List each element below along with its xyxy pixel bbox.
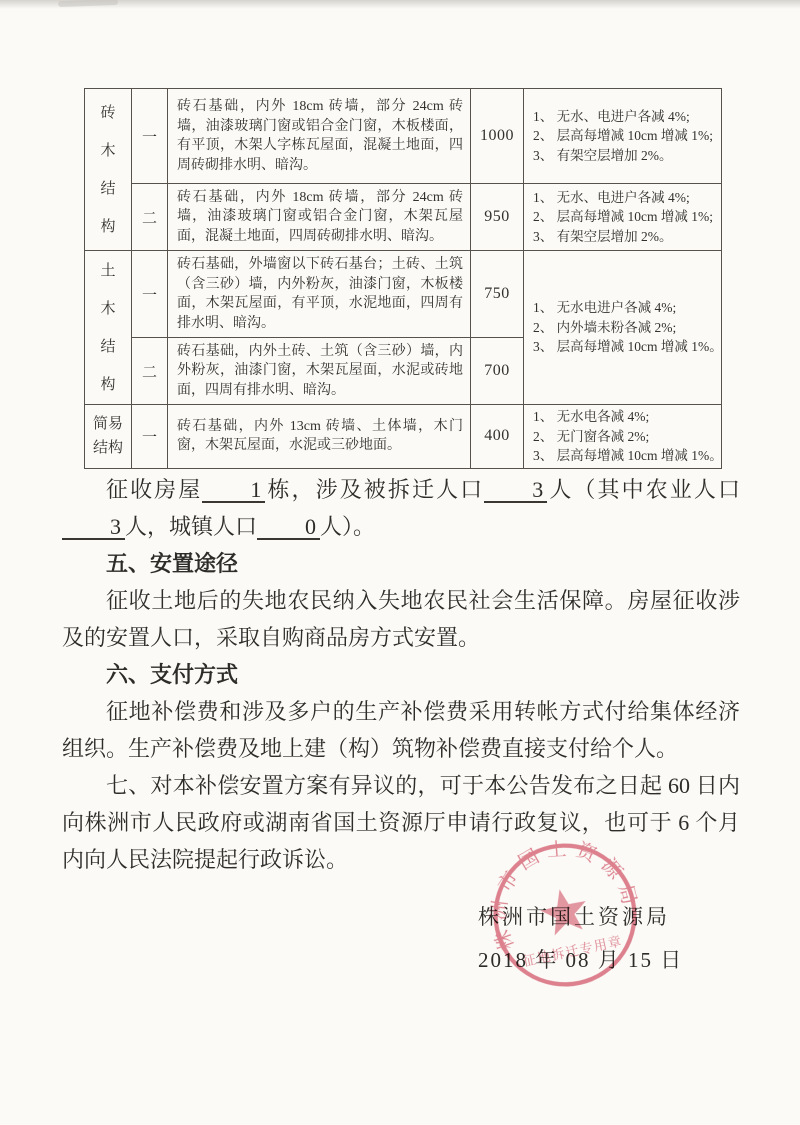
section-7-paragraph: 七、对本补偿安置方案有异议的，可于本公告发布之日起 60 日内向株洲市人民政府或… xyxy=(62,767,740,878)
issue-date: 2018 年 08 月 15 日 xyxy=(478,939,683,982)
census-text: 人）。 xyxy=(320,514,375,539)
section-5-paragraph: 征收土地后的失地农民纳入失地农民社会生活保障。房屋征收涉及的安置人口，采取自购商… xyxy=(62,582,740,656)
issuing-authority: 株洲市国土资源局 xyxy=(478,896,683,939)
note-line: 1、 无水电各减 4%; xyxy=(533,407,719,427)
note-line: 2、 内外墙未粉各减 2%; xyxy=(533,318,719,338)
description-text: 砖石基础，内外 18cm 砖墙，部分 24cm 砖墙，油漆玻璃门窗或铝合金门窗，… xyxy=(168,94,470,178)
note-line: 1、 无水电进户各减 4%; xyxy=(533,298,719,318)
structure-label: 土木结构 xyxy=(100,252,117,404)
agricultural-people-blank: 3 xyxy=(62,515,125,540)
price-cell: 700 xyxy=(471,338,524,405)
description-text: 砖石基础，内外 13cm 砖墙、土体墙，木门窗，木架瓦屋面，水泥或三砂地面。 xyxy=(168,414,470,459)
compensation-table: 砖木结构 一 砖石基础，内外 18cm 砖墙，部分 24cm 砖墙，油漆玻璃门窗… xyxy=(84,88,722,469)
note-line: 2、 无门窗各减 2%; xyxy=(533,427,719,447)
urban-people-blank: 0 xyxy=(257,515,320,540)
structure-label: 砖木结构 xyxy=(100,94,117,246)
notes-cell: 1、 无水、电进户各减 4%; 2、 层高每增减 10cm 增减 1%; 3、 … xyxy=(524,184,722,251)
census-text: 征收房屋 xyxy=(106,477,202,502)
section-5-heading: 五、安置途径 xyxy=(62,545,740,582)
grade-cell: 一 xyxy=(132,89,168,184)
description-cell: 砖石基础，外墙窗以下砖石基台；土砖、土筑（含三砂）墙，内外粉灰，油漆门窗，木板楼… xyxy=(168,251,471,338)
structure-cell-simple: 简易结构 xyxy=(85,405,132,469)
grade-cell: 二 xyxy=(132,338,168,405)
note-line: 1、 无水、电进户各减 4%; xyxy=(533,107,719,127)
price-cell: 400 xyxy=(471,405,524,469)
notes-cell-merged: 1、 无水电进户各减 4%; 2、 内外墙未粉各减 2%; 3、 层高每增减 1… xyxy=(524,251,722,405)
price-cell: 950 xyxy=(471,184,524,251)
census-text: 人（其中农业人口 xyxy=(547,477,740,502)
description-cell: 砖石基础，内外 18cm 砖墙，部分 24cm 砖墙，油漆玻璃门窗或铝合金门窗，… xyxy=(168,184,471,251)
grade-cell: 一 xyxy=(132,251,168,338)
census-text: 栋，涉及被拆迁人口 xyxy=(265,477,484,502)
description-cell: 砖石基础，内外土砖、土筑（含三砂）墙，内外粉灰，油漆门窗，木架瓦屋面，水泥或砖地… xyxy=(168,338,471,405)
notes-cell: 1、 无水、电进户各减 4%; 2、 层高每增减 10cm 增减 1%; 3、 … xyxy=(524,89,722,184)
note-line: 3、 层高每增减 10cm 增减 1%。 xyxy=(533,446,719,466)
section-6-paragraph: 征地补偿费和涉及多户的生产补偿费采用转帐方式付给集体经济组织。生产补偿费及地上建… xyxy=(62,693,740,767)
description-text: 砖石基础，外墙窗以下砖石基台；土砖、土筑（含三砂）墙，内外粉灰，油漆门窗，木板楼… xyxy=(168,252,470,336)
description-cell: 砖石基础，内外 18cm 砖墙，部分 24cm 砖墙，油漆玻璃门窗或铝合金门窗，… xyxy=(168,89,471,184)
grade-cell: 一 xyxy=(132,405,168,469)
relocated-people-blank: 3 xyxy=(484,478,547,503)
table-row: 砖木结构 一 砖石基础，内外 18cm 砖墙，部分 24cm 砖墙，油漆玻璃门窗… xyxy=(85,89,722,184)
description-text: 砖石基础，内外 18cm 砖墙，部分 24cm 砖墙，油漆玻璃门窗或铝合金门窗，… xyxy=(168,185,470,250)
structure-label: 简易结构 xyxy=(91,412,125,460)
note-line: 3、 有架空层增加 2%。 xyxy=(533,227,719,247)
signature-block: 株洲市国土资源局 2018 年 08 月 15 日 xyxy=(478,896,683,982)
description-cell: 砖石基础，内外 13cm 砖墙、土体墙，木门窗，木架瓦屋面，水泥或三砂地面。 xyxy=(168,405,471,469)
price-cell: 750 xyxy=(471,251,524,338)
grade-cell: 二 xyxy=(132,184,168,251)
note-line: 3、 层高每增减 10cm 增减 1%。 xyxy=(533,337,719,357)
table-row: 简易结构 一 砖石基础，内外 13cm 砖墙、土体墙，木门窗，木架瓦屋面，水泥或… xyxy=(85,405,722,469)
description-text: 砖石基础，内外土砖、土筑（含三砂）墙，内外粉灰，油漆门窗，木架瓦屋面，水泥或砖地… xyxy=(168,339,470,404)
section-6-heading: 六、支付方式 xyxy=(62,656,740,693)
structure-cell-earth-wood: 土木结构 xyxy=(85,251,132,405)
notes-cell: 1、 无水电各减 4%; 2、 无门窗各减 2%; 3、 层高每增减 10cm … xyxy=(524,405,722,469)
document-body: 征收房屋1栋，涉及被拆迁人口3人（其中农业人口3人，城镇人口0人）。 五、安置途… xyxy=(62,471,740,878)
census-paragraph: 征收房屋1栋，涉及被拆迁人口3人（其中农业人口3人，城镇人口0人）。 xyxy=(62,471,740,545)
table-row: 二 砖石基础，内外 18cm 砖墙，部分 24cm 砖墙，油漆玻璃门窗或铝合金门… xyxy=(85,184,722,251)
houses-count-blank: 1 xyxy=(202,478,265,503)
scanned-document-page: { "table": { "rows": [ { "structure": "砖… xyxy=(0,0,800,1125)
scan-top-edge xyxy=(0,0,800,9)
table-row: 土木结构 一 砖石基础，外墙窗以下砖石基台；土砖、土筑（含三砂）墙，内外粉灰，油… xyxy=(85,251,722,338)
census-text: 人，城镇人口 xyxy=(125,514,257,539)
note-line: 2、 层高每增减 10cm 增减 1%; xyxy=(533,207,719,227)
note-line: 3、 有架空层增加 2%。 xyxy=(533,146,719,166)
note-line: 1、 无水、电进户各减 4%; xyxy=(533,188,719,208)
price-cell: 1000 xyxy=(471,89,524,184)
note-line: 2、 层高每增减 10cm 增减 1%; xyxy=(533,126,719,146)
structure-cell-brick-wood: 砖木结构 xyxy=(85,89,132,251)
